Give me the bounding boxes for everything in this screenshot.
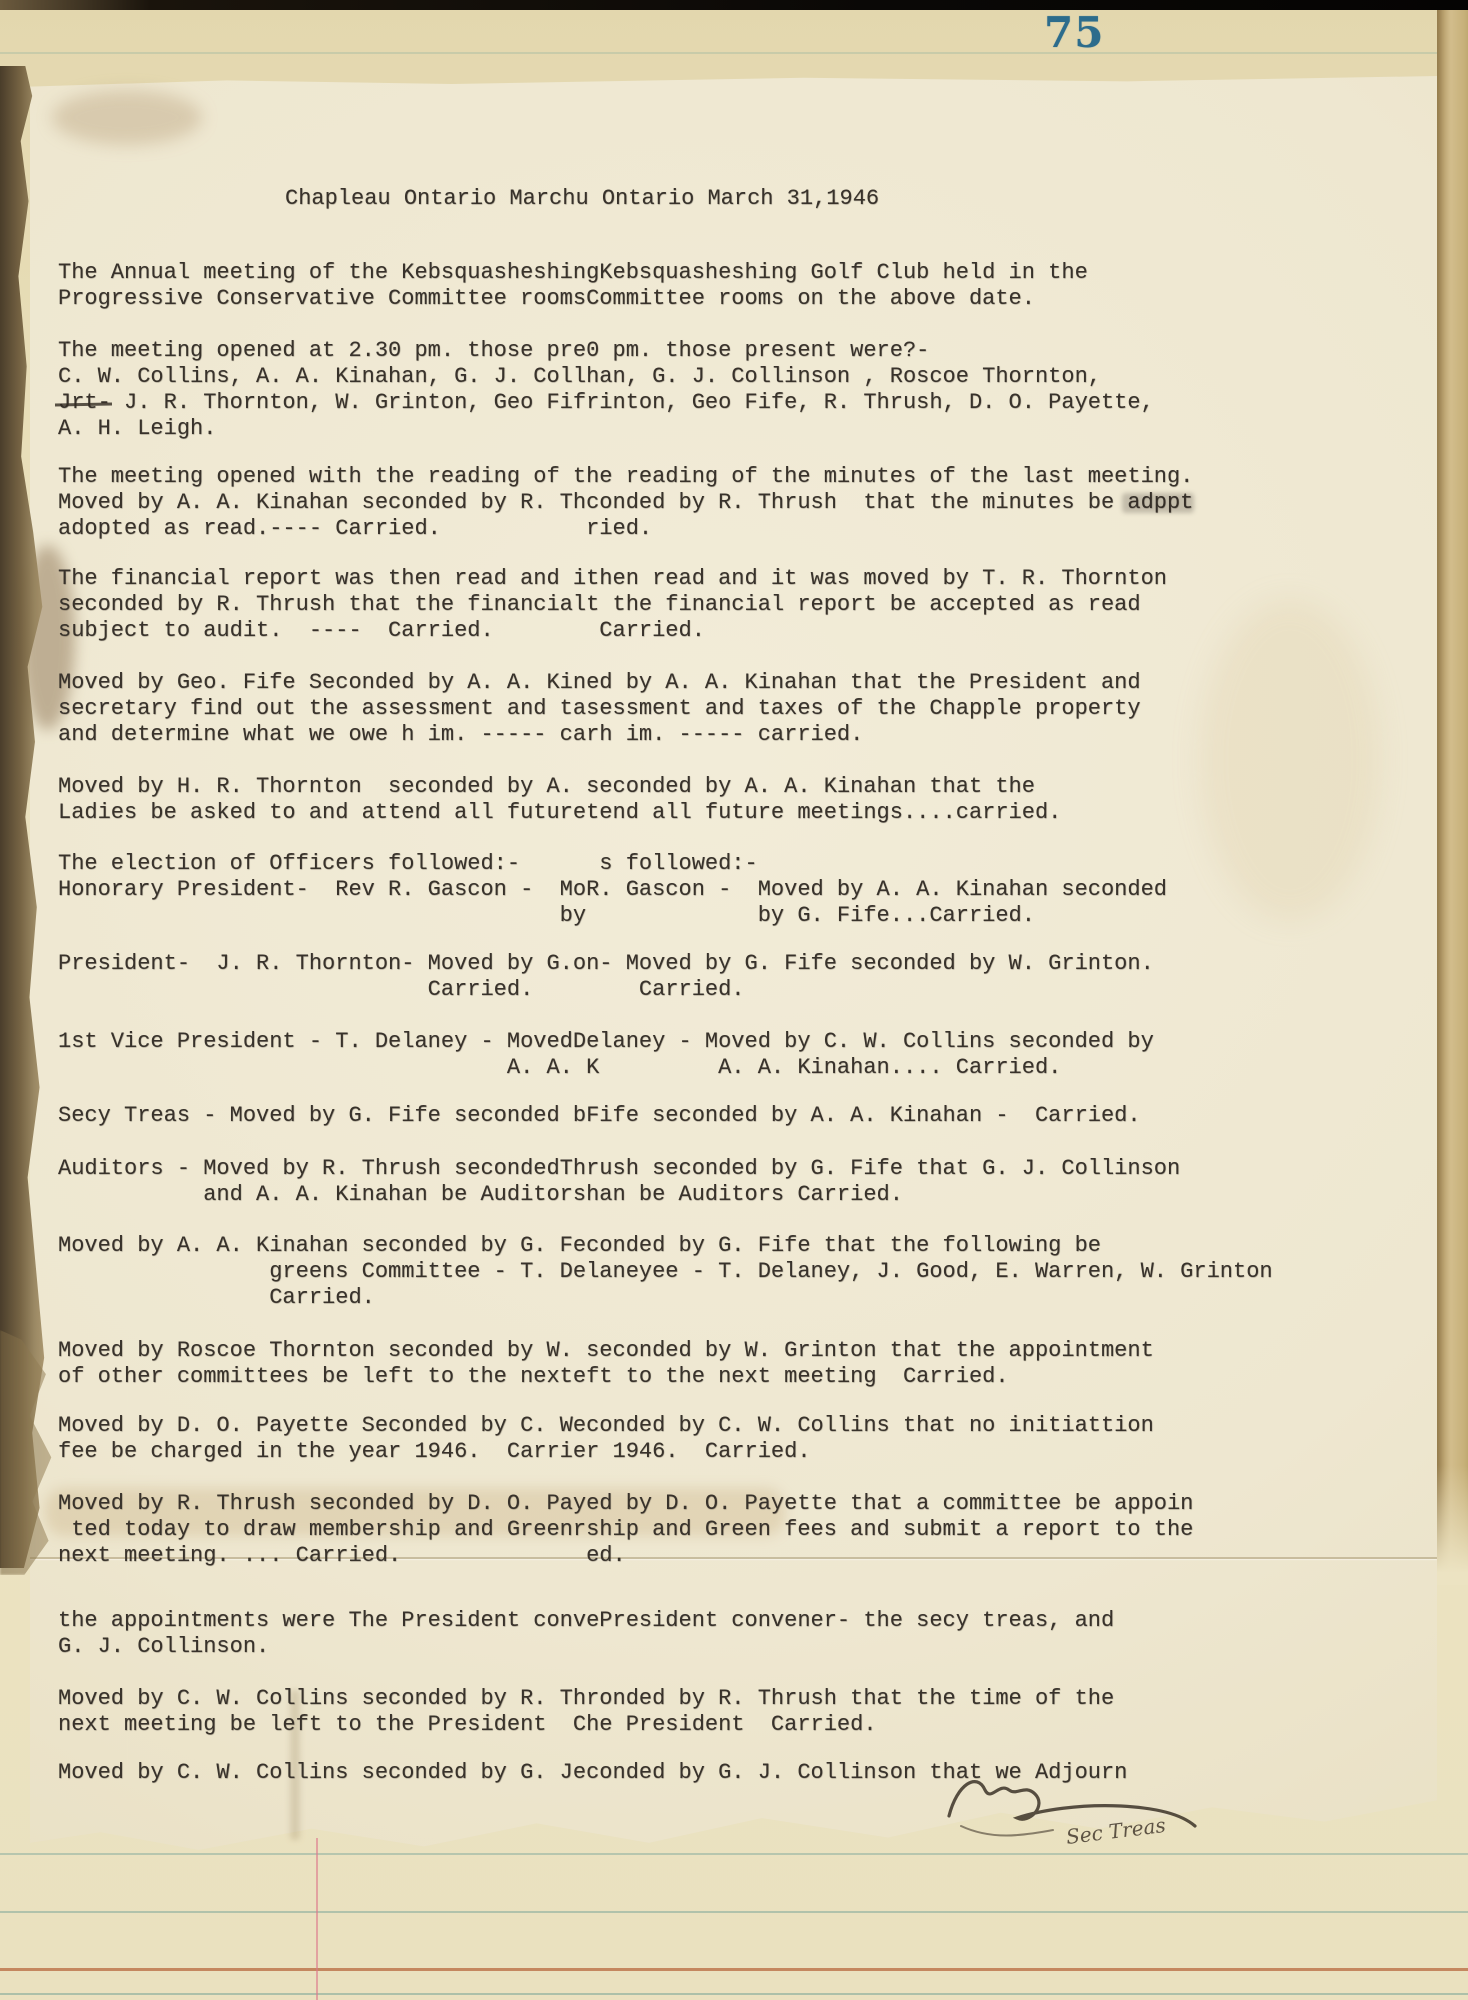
minutes-paragraph: The meeting opened at 2.30 pm. those pre… [58, 338, 1154, 442]
signature: Sec Treas [935, 1756, 1205, 1852]
ruled-line [0, 1853, 1468, 1855]
page-number: 75 [1044, 8, 1104, 57]
overtype-smudge [1122, 493, 1194, 513]
minutes-paragraph: Moved by R. Thrush seconded by D. O. Pay… [58, 1491, 1193, 1569]
ruled-line-red [0, 1968, 1468, 1971]
minutes-paragraph: Secy Treas - Moved by G. Fife seconded b… [58, 1103, 1141, 1129]
minutes-paragraph: The financial report was then read and i… [58, 566, 1167, 644]
minutes-paragraph: Moved by A. A. Kinahan seconded by G. Fe… [58, 1233, 1273, 1311]
minutes-paragraph: Moved by Roscoe Thornton seconded by W. … [58, 1338, 1154, 1390]
minutes-paragraph: Moved by D. O. Payette Seconded by C. We… [58, 1413, 1154, 1465]
minutes-paragraph: the appointments were The President conv… [58, 1608, 1114, 1660]
ruled-line [0, 52, 1468, 54]
ruled-line [0, 1993, 1468, 1995]
ruled-line [0, 1911, 1468, 1913]
book-page-edge [1437, 0, 1468, 1585]
scanned-minutes-page: { "page": { "number": "75" }, "doc": { "… [0, 0, 1468, 2000]
minutes-paragraph: President- J. R. Thornton- Moved by G.on… [58, 951, 1154, 1003]
minutes-paragraph: Auditors - Moved by R. Thrush secondedTh… [58, 1156, 1180, 1208]
minutes-paragraph: The election of Officers followed:- s fo… [58, 851, 1167, 929]
margin-line [316, 1838, 318, 2000]
minutes-paragraph: Moved by C. W. Collins seconded by R. Th… [58, 1686, 1114, 1738]
minutes-paragraph: The Annual meeting of the Kebsquasheshin… [58, 260, 1088, 312]
minutes-paragraph: Moved by H. R. Thornton seconded by A. s… [58, 774, 1061, 826]
minutes-paragraph: 1st Vice President - T. Delaney - MovedD… [58, 1029, 1154, 1081]
document-title: Chapleau Ontario Marchu Ontario March 31… [285, 186, 879, 212]
minutes-paragraph: The meeting opened with the reading of t… [58, 464, 1193, 542]
signature-role-text: Sec Treas [1065, 1813, 1167, 1849]
minutes-paragraph: Moved by Geo. Fife Seconded by A. A. Kin… [58, 670, 1141, 748]
scan-edge-top [0, 0, 1468, 10]
